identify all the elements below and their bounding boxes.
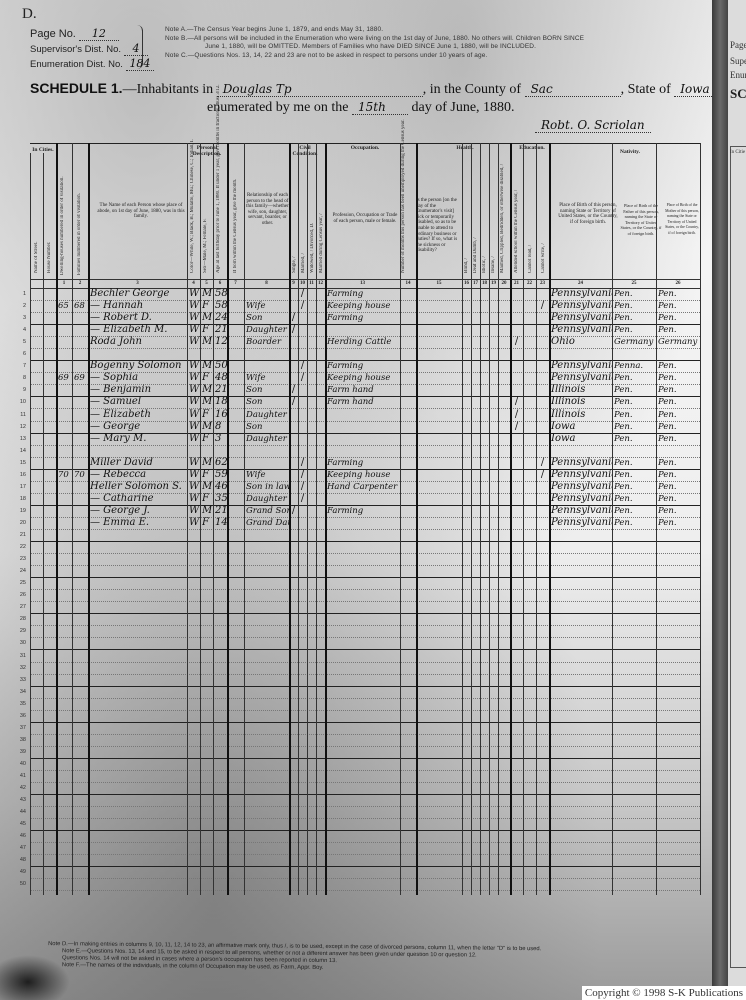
column-number: 1 (56, 280, 72, 288)
cell-dwelling (58, 421, 72, 433)
page-number-field: Page No.12 (30, 27, 119, 41)
cell-married (298, 433, 307, 445)
supervisor-district-field: Supervisor's Dist. No.4 (30, 42, 148, 56)
cell-relation (246, 445, 289, 457)
cell-birth: Illinois (551, 384, 612, 396)
cell-married: / (298, 288, 307, 300)
row-number: 12 (14, 424, 26, 430)
row-number: 32 (14, 665, 26, 671)
cell-widowed (307, 457, 316, 469)
cell-occupation: Herding Cattle (327, 336, 400, 348)
column-divider (43, 153, 44, 895)
cell-read (523, 517, 536, 529)
cell-mother: Pen. (658, 384, 700, 396)
cell-write (536, 312, 549, 324)
cell-family (74, 481, 88, 493)
cell-relation (246, 457, 289, 469)
cell-widowed (307, 481, 316, 493)
cell-month (229, 300, 244, 312)
township-value: Douglas Tp (217, 82, 423, 97)
column-divider (416, 143, 418, 895)
cell-read (523, 409, 536, 421)
cell-school (510, 481, 523, 493)
cell-relation: Son (246, 312, 289, 324)
cell-married (298, 336, 307, 348)
cell-school (510, 300, 523, 312)
cell-mother (658, 348, 700, 360)
row-number: 48 (14, 857, 26, 863)
row-number: 31 (14, 653, 26, 659)
cell-occupation (327, 445, 400, 457)
state-text: , State of (621, 82, 671, 97)
cell-school (510, 384, 523, 396)
cell-name: Bogenny Solomon (90, 360, 187, 372)
row-number: 8 (14, 375, 26, 381)
cell-father: Pen. (614, 517, 656, 529)
adjacent-enumeration-label: Enumer (730, 70, 746, 80)
cell-father: Pen. (614, 457, 656, 469)
cell-widowed (307, 372, 316, 384)
column-number: 3 (88, 280, 187, 288)
cell-occupation (327, 324, 400, 336)
cell-age: 59 (215, 469, 227, 481)
cell-mother: Pen. (658, 469, 700, 481)
header-sex: Sex—Male, M.; Female, F. (203, 161, 208, 273)
cell-widowed (307, 421, 316, 433)
cell-birth: Pennsylvania (551, 469, 612, 481)
cell-father: Pen. (614, 421, 656, 433)
cell-name: — Benjamin (90, 384, 187, 396)
cell-color (189, 445, 200, 457)
cell-birth: Pennsylvania (551, 517, 612, 529)
header-street-name: Name of Street. (34, 193, 39, 273)
cell-mother: Pen. (658, 360, 700, 372)
cell-read (523, 384, 536, 396)
cell-write (536, 336, 549, 348)
cell-family (74, 348, 88, 360)
cell-month (229, 505, 244, 517)
column-number: 17 (471, 280, 480, 288)
cell-name: — George (90, 421, 187, 433)
adjacent-supervisor-label: Supervi (730, 56, 746, 66)
cell-write (536, 348, 549, 360)
cell-month (229, 384, 244, 396)
cell-family (74, 457, 88, 469)
cell-relation: Son (246, 396, 289, 408)
cell-widowed (307, 360, 316, 372)
cell-read (523, 360, 536, 372)
cell-read (523, 336, 536, 348)
cell-dwelling (58, 360, 72, 372)
cell-month (229, 288, 244, 300)
cell-read (523, 481, 536, 493)
cell-occupation (327, 421, 400, 433)
cell-widowed (307, 445, 316, 457)
column-divider (307, 143, 308, 895)
cell-color: W (189, 288, 200, 300)
cell-married (298, 517, 307, 529)
row-number: 19 (14, 508, 26, 514)
cell-widowed (307, 517, 316, 529)
cell-widowed (307, 324, 316, 336)
cell-school (510, 433, 523, 445)
cell-read (523, 445, 536, 457)
column-divider (316, 143, 317, 895)
cell-school (510, 445, 523, 457)
cell-occupation: Farming (327, 312, 400, 324)
cell-dwelling (58, 481, 72, 493)
column-divider (523, 143, 524, 895)
cell-month (229, 312, 244, 324)
cell-mother: Pen. (658, 324, 700, 336)
cell-write (536, 384, 549, 396)
county-text: , in the County of (423, 82, 521, 97)
cell-read (523, 348, 536, 360)
cell-widowed (307, 300, 316, 312)
cell-mother: Pen. (658, 421, 700, 433)
cell-widowed (307, 348, 316, 360)
header-cannot-write: Cannot write, / (541, 203, 546, 273)
column-divider (88, 143, 90, 895)
copyright-notice: Copyright © 1998 S-K Publications (582, 986, 746, 1000)
cell-dwelling: 70 (58, 469, 72, 481)
cell-write (536, 421, 549, 433)
column-divider (700, 143, 701, 895)
cell-age: 35 (215, 493, 227, 505)
thumb-shadow (0, 955, 70, 1000)
row-number: 5 (14, 339, 26, 345)
cell-birth: Pennsylvania (551, 324, 612, 336)
cell-married (298, 409, 307, 421)
cell-birth: Pennsylvania (551, 372, 612, 384)
cell-dwelling (58, 348, 72, 360)
row-number: 24 (14, 568, 26, 574)
column-divider (227, 143, 229, 895)
cell-relation: Son in law (246, 481, 289, 493)
cell-month (229, 517, 244, 529)
cell-family (74, 324, 88, 336)
cell-name: Bechler George (90, 288, 187, 300)
cell-father: Pen. (614, 312, 656, 324)
cell-write (536, 493, 549, 505)
cell-dwelling (58, 396, 72, 408)
column-divider (187, 143, 188, 895)
cell-name: — Mary M. (90, 433, 187, 445)
cell-school (510, 324, 523, 336)
column-number: 5 (200, 280, 213, 288)
row-number: 21 (14, 532, 26, 538)
header-dwelling-number: Dwelling-houses numbered in order of vis… (60, 153, 65, 275)
cell-relation: Wife (246, 469, 289, 481)
cell-widowed (307, 396, 316, 408)
cell-father (614, 445, 656, 457)
cell-mother: Pen. (658, 372, 700, 384)
cell-married: / (298, 481, 307, 493)
note-c: Note C.—Questions Nos. 13, 14, 22 and 23… (165, 52, 705, 61)
row-number: 7 (14, 363, 26, 369)
cell-married (298, 348, 307, 360)
cell-family (74, 396, 88, 408)
cell-birth: Pennsylvania (551, 457, 612, 469)
cell-age: 24 (215, 312, 227, 324)
note-b: Note B.—All persons will be included in … (165, 35, 705, 44)
cell-sex: F (202, 469, 213, 481)
enumeration-district-label: Enumeration Dist. No. (30, 59, 123, 70)
cell-mother: Pen. (658, 312, 700, 324)
cell-relation: Daughter (246, 409, 289, 421)
cell-relation: Daughter (246, 433, 289, 445)
cell-married (298, 421, 307, 433)
header-education-group: Education. (512, 145, 552, 151)
cell-birth: Ohio (551, 336, 612, 348)
note-a: Note A.—The Census Year begins June 1, 1… (165, 26, 705, 35)
header-birthplace: Place of Birth of this person, naming St… (558, 203, 618, 225)
header-insane: Insane, / (491, 203, 496, 273)
cell-family (74, 505, 88, 517)
header-color: Color—White, W.; Black, B.; Mulatto, Mu.… (190, 161, 195, 273)
row-number: 18 (14, 496, 26, 502)
cell-sex (202, 348, 213, 360)
cell-married (298, 505, 307, 517)
cell-age: 58 (215, 300, 227, 312)
cell-mother: Pen. (658, 409, 700, 421)
cell-name: — George J. (90, 505, 187, 517)
cell-sex: M (202, 481, 213, 493)
cell-father: Pen. (614, 469, 656, 481)
cell-read (523, 324, 536, 336)
column-divider (325, 143, 327, 895)
enumeration-day-value: 15th (352, 100, 408, 115)
column-number: 20 (498, 280, 510, 288)
cell-mother: Pen. (658, 396, 700, 408)
cell-name (90, 348, 187, 360)
column-divider (498, 143, 499, 895)
cell-month (229, 372, 244, 384)
header-name: The Name of each Person whose place of a… (96, 203, 186, 220)
cell-sex: M (202, 396, 213, 408)
column-number: 7 (227, 280, 244, 288)
row-number: 14 (14, 448, 26, 454)
cell-sex: F (202, 409, 213, 421)
supervisor-district-label: Supervisor's Dist. No. (30, 44, 121, 55)
row-number: 6 (14, 351, 26, 357)
cell-married: / (298, 469, 307, 481)
cell-birth: Illinois (551, 409, 612, 421)
row-number: 20 (14, 520, 26, 526)
header-attended-school: Attended school within the Census year, … (514, 163, 519, 273)
cell-family (74, 433, 88, 445)
cell-married (298, 312, 307, 324)
cell-birth: Pennsylvania (551, 288, 612, 300)
cell-sex: M (202, 421, 213, 433)
census-table: In Cities. Name of Street. House Number.… (30, 143, 700, 895)
cell-school (510, 505, 523, 517)
cell-widowed (307, 288, 316, 300)
cell-write (536, 517, 549, 529)
cell-dwelling (58, 324, 72, 336)
column-divider (612, 143, 613, 895)
cell-sex: M (202, 457, 213, 469)
header-health-group: Health. (420, 145, 510, 151)
column-divider (30, 153, 31, 895)
row-number: 34 (14, 689, 26, 695)
cell-month (229, 493, 244, 505)
cell-month (229, 457, 244, 469)
enumerated-text: enumerated by me on the (207, 100, 349, 115)
cell-school (510, 457, 523, 469)
cell-school (510, 312, 523, 324)
cell-color: W (189, 469, 200, 481)
cell-read (523, 312, 536, 324)
column-number: 11 (307, 280, 316, 288)
cell-month (229, 324, 244, 336)
cell-father: Pen. (614, 324, 656, 336)
cell-dwelling (58, 409, 72, 421)
header-married: Married, / (301, 163, 306, 273)
column-divider (213, 143, 214, 895)
cell-birth: Pennsylvania (551, 300, 612, 312)
header-deaf-dumb: Deaf and Dumb, / (473, 203, 478, 273)
cell-name: Heller Solomon S. (90, 481, 187, 493)
cell-relation: Daughter (246, 493, 289, 505)
column-divider (289, 143, 291, 895)
cell-month (229, 445, 244, 457)
column-divider (480, 143, 481, 895)
cell-read (523, 288, 536, 300)
enumeration-month-year: day of June, 1880. (412, 100, 515, 115)
cell-age: 58 (215, 288, 227, 300)
cell-month (229, 481, 244, 493)
column-number: 14 (400, 280, 416, 288)
column-divider (471, 143, 472, 895)
cell-read (523, 469, 536, 481)
cell-occupation: Keeping house (327, 300, 400, 312)
district-info: Page No.12 Supervisor's Dist. No.4 Enume… (30, 25, 143, 69)
cell-write (536, 396, 549, 408)
cell-color: W (189, 421, 200, 433)
header-house-number: House Number. (47, 193, 52, 273)
column-number: 6 (213, 280, 227, 288)
row-number: 36 (14, 713, 26, 719)
cell-birth: Illinois (551, 396, 612, 408)
row-number: 23 (14, 556, 26, 562)
column-divider (298, 143, 299, 895)
cell-read (523, 505, 536, 517)
cell-dwelling (58, 493, 72, 505)
cell-name: Roda John (90, 336, 187, 348)
row-number: 1 (14, 291, 26, 297)
cell-month (229, 336, 244, 348)
cell-write (536, 481, 549, 493)
cell-dwelling (58, 433, 72, 445)
cell-age: 14 (215, 517, 227, 529)
cell-father: Pen. (614, 300, 656, 312)
cell-married: / (298, 360, 307, 372)
cell-age: 50 (215, 360, 227, 372)
cell-widowed (307, 505, 316, 517)
cell-color: W (189, 517, 200, 529)
row-number: 2 (14, 303, 26, 309)
cell-birth: Pennsylvania (551, 481, 612, 493)
cell-occupation (327, 433, 400, 445)
inhabitants-text: —Inhabitants in (123, 82, 214, 97)
cell-age (215, 445, 227, 457)
column-divider (656, 143, 657, 895)
cell-name: — Robert D. (90, 312, 187, 324)
cell-father: Pen. (614, 433, 656, 445)
cell-name: — Elizabeth (90, 409, 187, 421)
cell-father: Germany (614, 336, 656, 348)
column-number: 21 (510, 280, 523, 288)
cell-school (510, 288, 523, 300)
row-number: 50 (14, 881, 26, 887)
cell-color: W (189, 505, 200, 517)
row-number: 49 (14, 869, 26, 875)
column-number: 25 (612, 280, 656, 288)
row-number: 17 (14, 484, 26, 490)
supervisor-district-value: 4 (124, 42, 148, 56)
cell-write (536, 445, 549, 457)
column-divider (72, 143, 73, 895)
header-born-month: If born within the Census year, give the… (233, 161, 238, 273)
cell-color: W (189, 336, 200, 348)
row-number: 16 (14, 472, 26, 478)
page-number-label: Page No. (30, 28, 76, 40)
cell-father: Pen. (614, 409, 656, 421)
row-number: 3 (14, 315, 26, 321)
cell-age: 21 (215, 384, 227, 396)
cell-occupation: Farm hand (327, 384, 400, 396)
cell-age: 48 (215, 372, 227, 384)
cell-month (229, 433, 244, 445)
cell-father: Pen. (614, 384, 656, 396)
cell-dwelling (58, 384, 72, 396)
cell-occupation: Farming (327, 457, 400, 469)
cell-write (536, 324, 549, 336)
cell-sex: F (202, 493, 213, 505)
column-divider (462, 143, 463, 895)
cell-married: / (298, 372, 307, 384)
column-number: 4 (187, 280, 200, 288)
row-number: 25 (14, 580, 26, 586)
cell-father: Pen. (614, 396, 656, 408)
cell-married (298, 324, 307, 336)
cell-age: 8 (215, 421, 227, 433)
cell-widowed (307, 336, 316, 348)
cell-occupation: Keeping house (327, 469, 400, 481)
cell-school: / (510, 396, 523, 408)
cell-color (189, 348, 200, 360)
cell-occupation: Farm hand (327, 396, 400, 408)
cell-family (74, 421, 88, 433)
header-blind: Blind, / (464, 203, 469, 273)
cell-dwelling (58, 336, 72, 348)
row-number: 9 (14, 387, 26, 393)
column-number: 12 (316, 280, 325, 288)
cell-write (536, 433, 549, 445)
cell-widowed (307, 493, 316, 505)
header-married-census-year: Married during Census year, / (319, 153, 324, 273)
cell-occupation (327, 517, 400, 529)
cell-father (614, 348, 656, 360)
cell-sex: F (202, 300, 213, 312)
note-b-cont: June 1, 1880, will be OMITTED. Members o… (165, 43, 705, 52)
enumerator-signature: Robt. O. Scriolan (535, 118, 651, 133)
cell-relation: Son (246, 384, 289, 396)
column-number: 26 (656, 280, 700, 288)
cell-name: — Sophia (90, 372, 187, 384)
cell-color: W (189, 409, 200, 421)
